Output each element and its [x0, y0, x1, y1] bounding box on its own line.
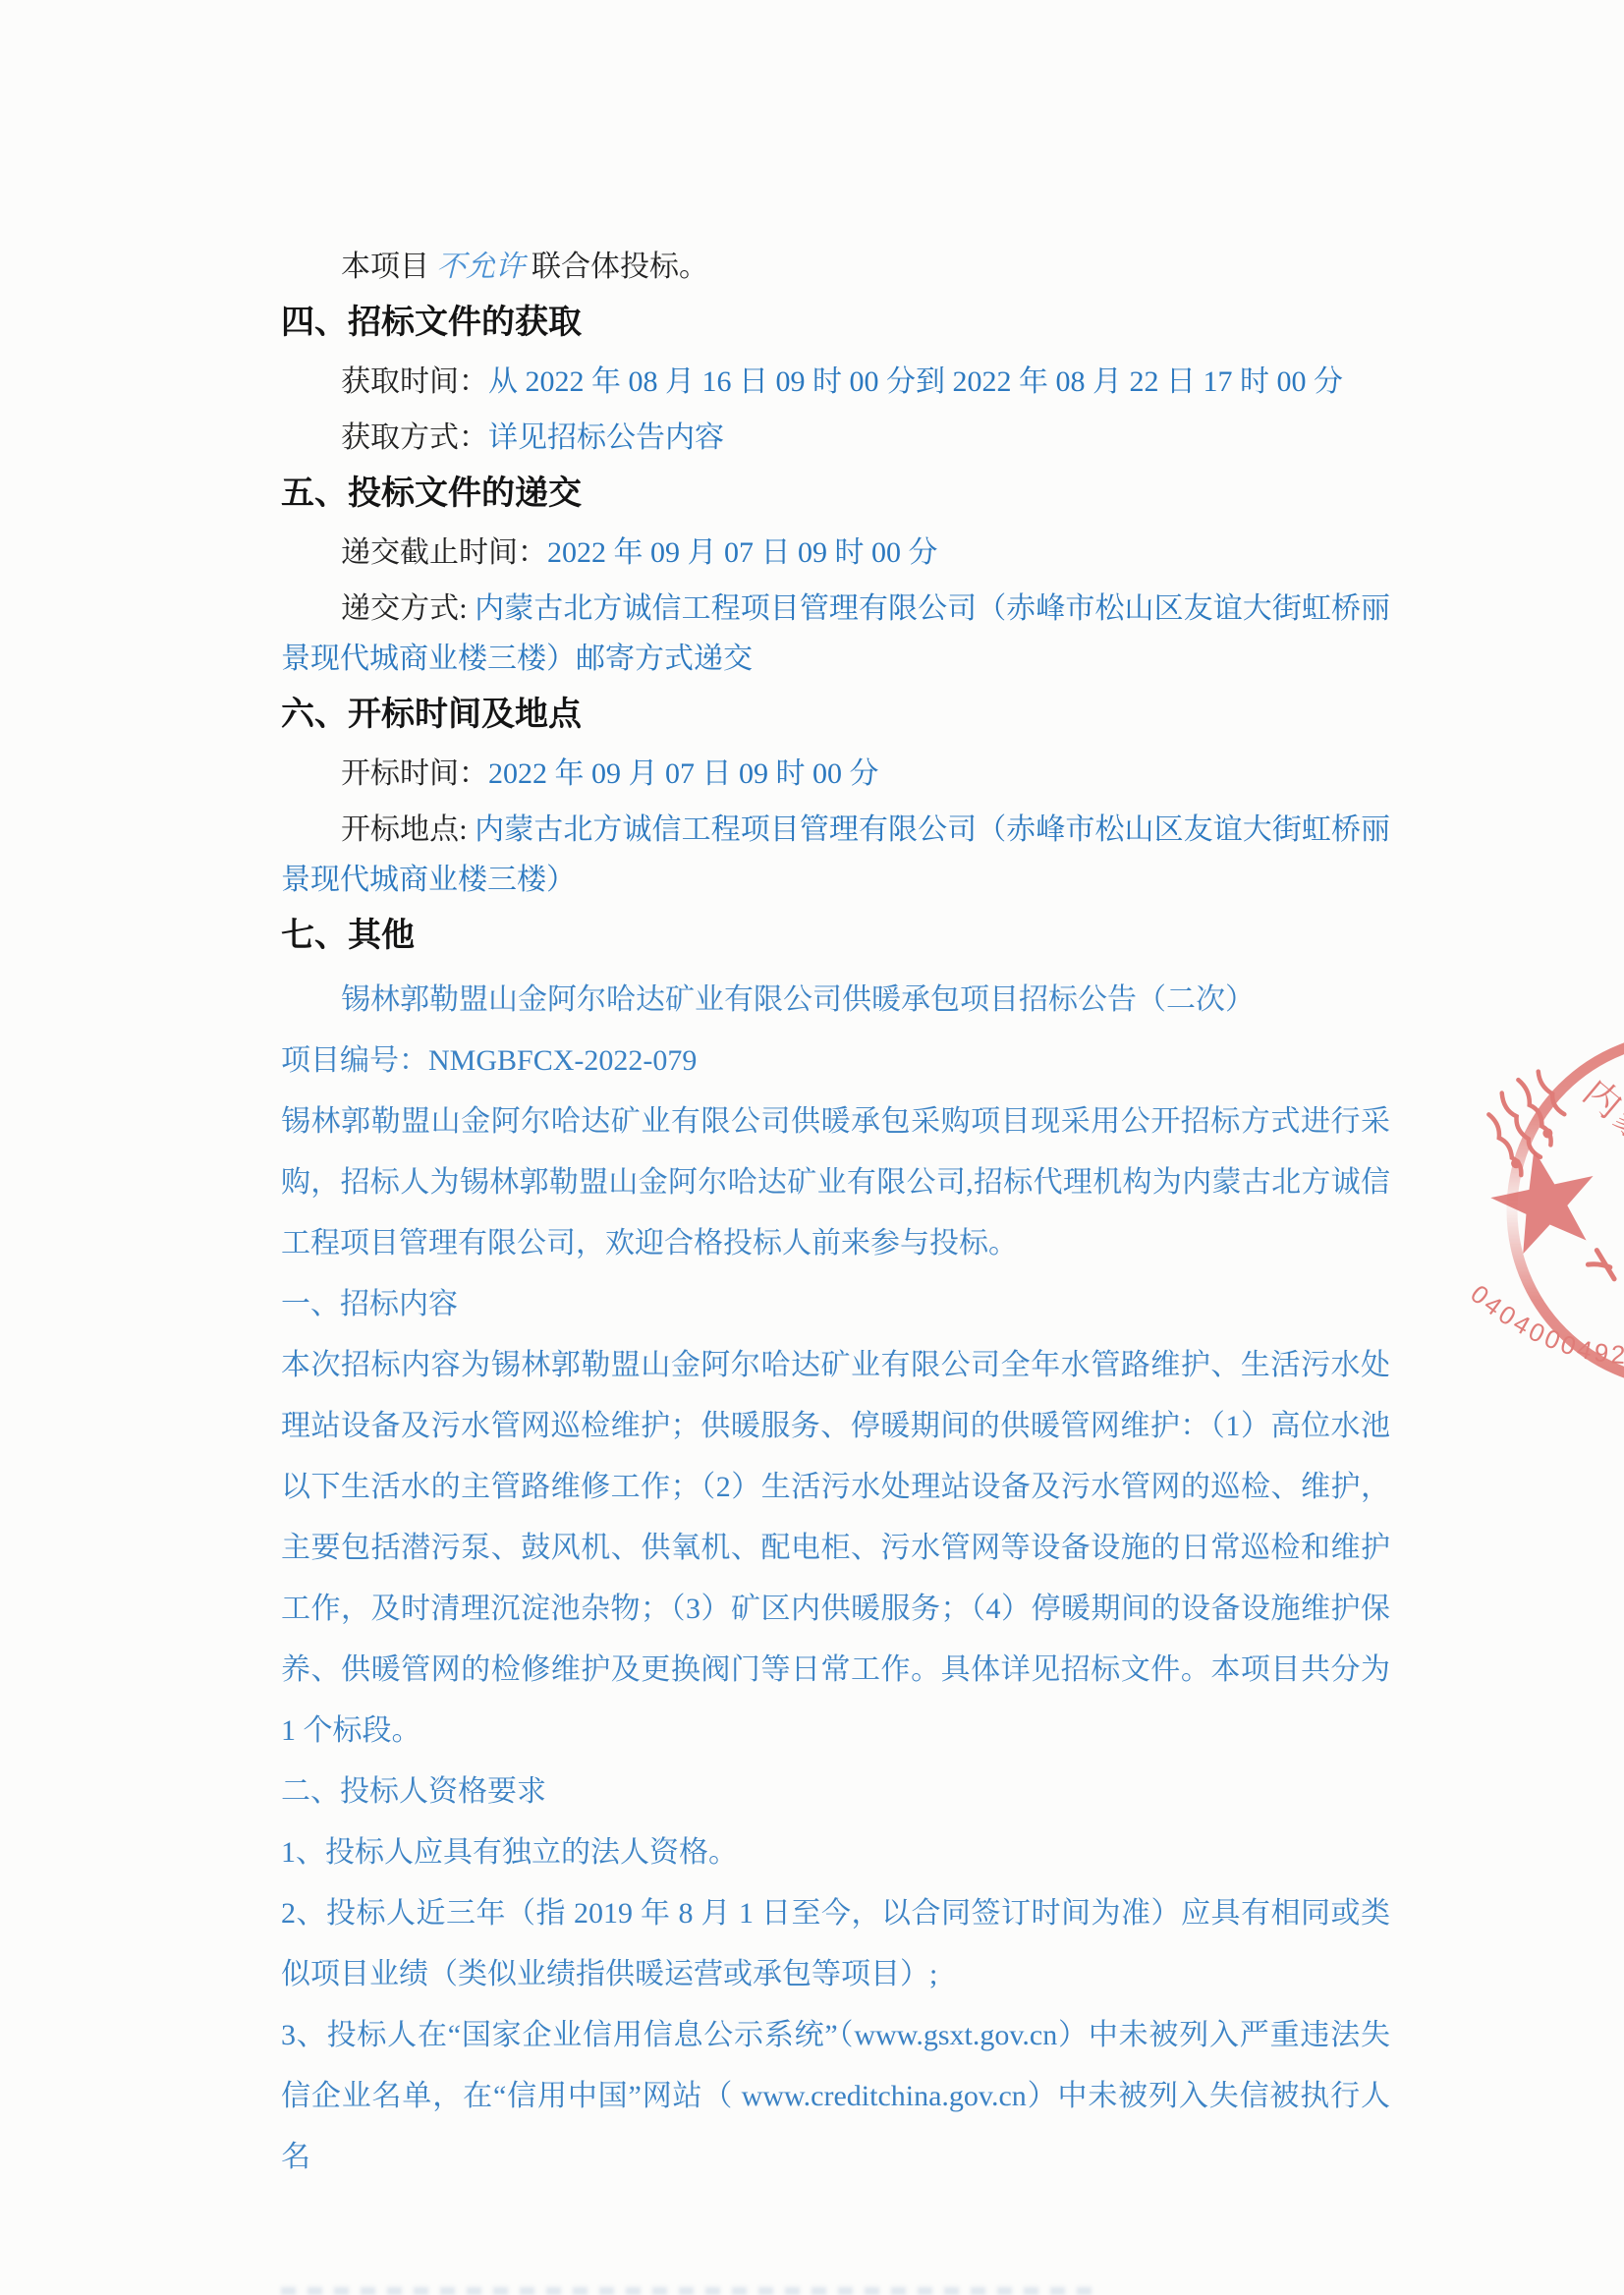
qualification-item-3: 3、投标人在“国家企业信用信息公示系统”（www.gsxt.gov.cn）中未被…: [281, 2005, 1390, 2188]
opening-time-value: 2022 年 09 月 07 日 09 时 00 分: [488, 757, 879, 790]
submit-deadline-value: 2022 年 09 月 07 日 09 时 00 分: [547, 536, 938, 569]
opening-time-row: 开标时间：2022 年 09 月 07 日 09 时 00 分: [281, 749, 1390, 799]
submit-method-label: 递交方式:: [341, 592, 475, 625]
intro-line: 本项目不允许联合体投标。: [281, 242, 1390, 292]
acquire-time-value: 从 2022 年 08 月 16 日 09 时 00 分到 2022 年 08 …: [488, 365, 1343, 398]
cutoff-next-line-sliver: [281, 2287, 1096, 2295]
bid-content-paragraph: 本次招标内容为锡林郭勒盟山金阿尔哈达矿业有限公司全年水管路维护、生活污水处理站设…: [281, 1335, 1390, 1762]
opening-place-label: 开标地点:: [341, 813, 475, 846]
scanned-document-page: 本项目不允许联合体投标。 四、招标文件的获取 获取时间：从 2022 年 08 …: [0, 0, 1624, 2295]
intro-emphasis: 不允许: [436, 251, 525, 283]
opening-time-label: 开标时间：: [341, 757, 488, 790]
subheading-bidder-qualification: 二、投标人资格要求: [281, 1762, 1390, 1822]
section6-heading: 六、开标时间及地点: [281, 690, 1390, 739]
section7-heading: 七、其他: [281, 911, 1390, 960]
intro-prefix: 本项目: [341, 251, 429, 283]
submit-deadline-label: 递交截止时间：: [341, 536, 547, 569]
acquire-time-label: 获取时间：: [341, 365, 488, 398]
subheading-bid-content: 一、招标内容: [281, 1274, 1390, 1335]
opening-place-row: 开标地点: 内蒙古北方诚信工程项目管理有限公司（赤峰市松山区友谊大街虹桥丽景现代…: [281, 805, 1390, 905]
intro-paragraph: 锡林郭勒盟山金阿尔哈达矿业有限公司供暖承包采购项目现采用公开招标方式进行采购，招…: [281, 1092, 1390, 1274]
section4-heading: 四、招标文件的获取: [281, 298, 1390, 347]
announcement-title: 锡林郭勒盟山金阿尔哈达矿业有限公司供暖承包项目招标公告（二次）: [281, 970, 1390, 1031]
acquire-method-row: 获取方式：详见招标公告内容: [281, 413, 1390, 463]
intro-suffix: 联合体投标。: [532, 251, 708, 283]
acquire-method-label: 获取方式：: [341, 421, 488, 454]
submit-deadline-row: 递交截止时间：2022 年 09 月 07 日 09 时 00 分: [281, 528, 1390, 578]
submit-method-row: 递交方式: 内蒙古北方诚信工程项目管理有限公司（赤峰市松山区友谊大街虹桥丽景现代…: [281, 584, 1390, 684]
qualification-item-2: 2、投标人近三年（指 2019 年 8 月 1 日至今，以合同签订时间为准）应具…: [281, 1883, 1390, 2005]
qualification-item-1: 1、投标人应具有独立的法人资格。: [281, 1822, 1390, 1883]
section5-heading: 五、投标文件的递交: [281, 469, 1390, 518]
acquire-method-value: 详见招标公告内容: [488, 421, 724, 454]
project-number-line: 项目编号：NMGBFCX-2022-079: [281, 1031, 1390, 1092]
acquire-time-row: 获取时间：从 2022 年 08 月 16 日 09 时 00 分到 2022 …: [281, 357, 1390, 407]
section7-body: 锡林郭勒盟山金阿尔哈达矿业有限公司供暖承包项目招标公告（二次） 项目编号：NMG…: [281, 970, 1390, 2188]
